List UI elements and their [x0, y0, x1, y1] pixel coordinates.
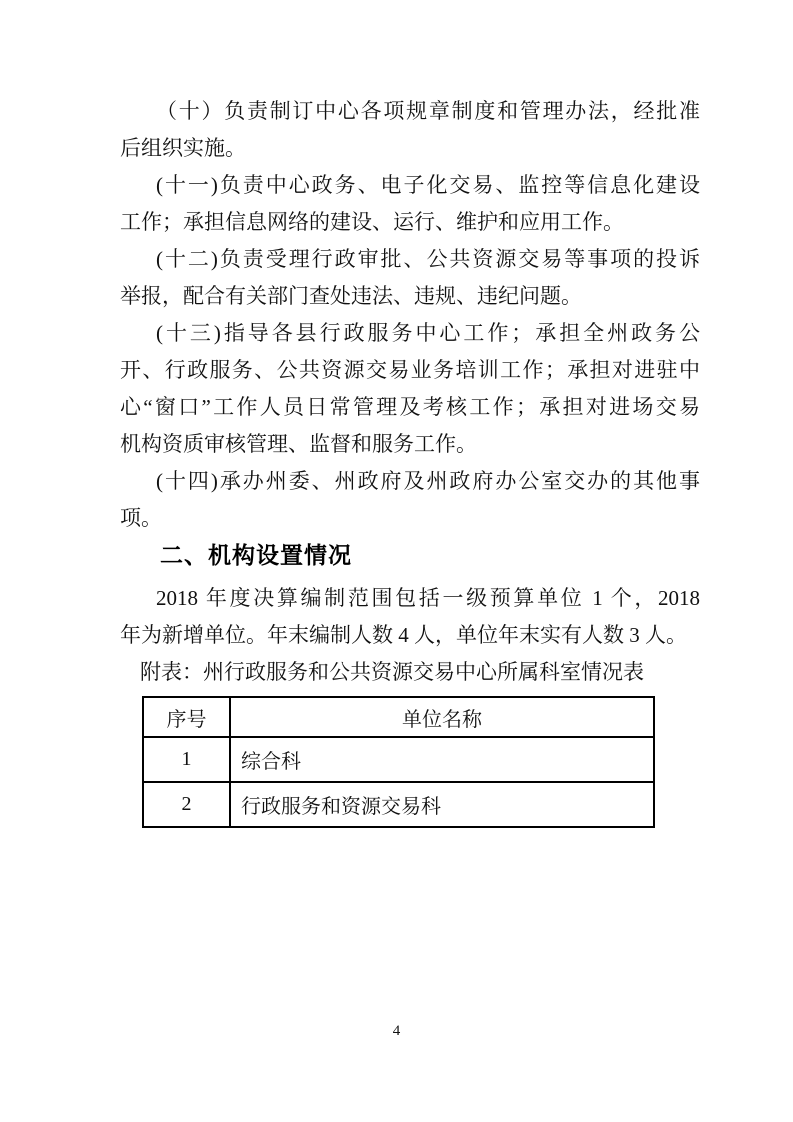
- body-line: 心“窗口”工作人员日常管理及考核工作；承担对进场交易: [120, 389, 700, 426]
- paragraph-line: 年为新增单位。年末编制人数 4 人，单位年末实有人数 3 人。: [120, 617, 700, 654]
- document-page: （十）负责制订中心各项规章制度和管理办法，经批准 后组织实施。 (十一)负责中心…: [0, 0, 793, 1122]
- table-cell-unit-name: 综合科: [230, 737, 654, 782]
- body-line: (十一)负责中心政务、电子化交易、监控等信息化建设: [120, 167, 700, 204]
- table-header-row: 序号 单位名称: [143, 697, 654, 737]
- document-body: （十）负责制订中心各项规章制度和管理办法，经批准 后组织实施。 (十一)负责中心…: [120, 93, 700, 828]
- body-line: 工作；承担信息网络的建设、运行、维护和应用工作。: [120, 204, 700, 241]
- table-row: 1 综合科: [143, 737, 654, 782]
- body-line: （十）负责制订中心各项规章制度和管理办法，经批准: [120, 93, 700, 130]
- body-line: 机构资质审核管理、监督和服务工作。: [120, 426, 700, 463]
- body-line: 项。: [120, 500, 700, 537]
- table-header-serial: 序号: [143, 697, 230, 737]
- page-number: 4: [0, 1019, 793, 1043]
- section-heading: 二、机构设置情况: [120, 537, 700, 574]
- body-line: (十四)承办州委、州政府及州政府办公室交办的其他事: [120, 463, 700, 500]
- body-line: (十二)负责受理行政审批、公共资源交易等事项的投诉: [120, 241, 700, 278]
- table-caption: 附表：州行政服务和公共资源交易中心所属科室情况表: [120, 654, 700, 691]
- table-row: 2 行政服务和资源交易科: [143, 782, 654, 827]
- table-cell-serial: 1: [143, 737, 230, 782]
- table-cell-unit-name: 行政服务和资源交易科: [230, 782, 654, 827]
- body-line: (十三)指导各县行政服务中心工作；承担全州政务公: [120, 315, 700, 352]
- body-line: 开、行政服务、公共资源交易业务培训工作；承担对进驻中: [120, 352, 700, 389]
- paragraph-line: 2018 年度决算编制范围包括一级预算单位 1 个，2018: [120, 580, 700, 617]
- table-cell-serial: 2: [143, 782, 230, 827]
- department-table: 序号 单位名称 1 综合科 2 行政服务和资源交易科: [142, 696, 655, 828]
- table-header-unit-name: 单位名称: [230, 697, 654, 737]
- body-line: 举报，配合有关部门查处违法、违规、违纪问题。: [120, 278, 700, 315]
- body-line: 后组织实施。: [120, 130, 700, 167]
